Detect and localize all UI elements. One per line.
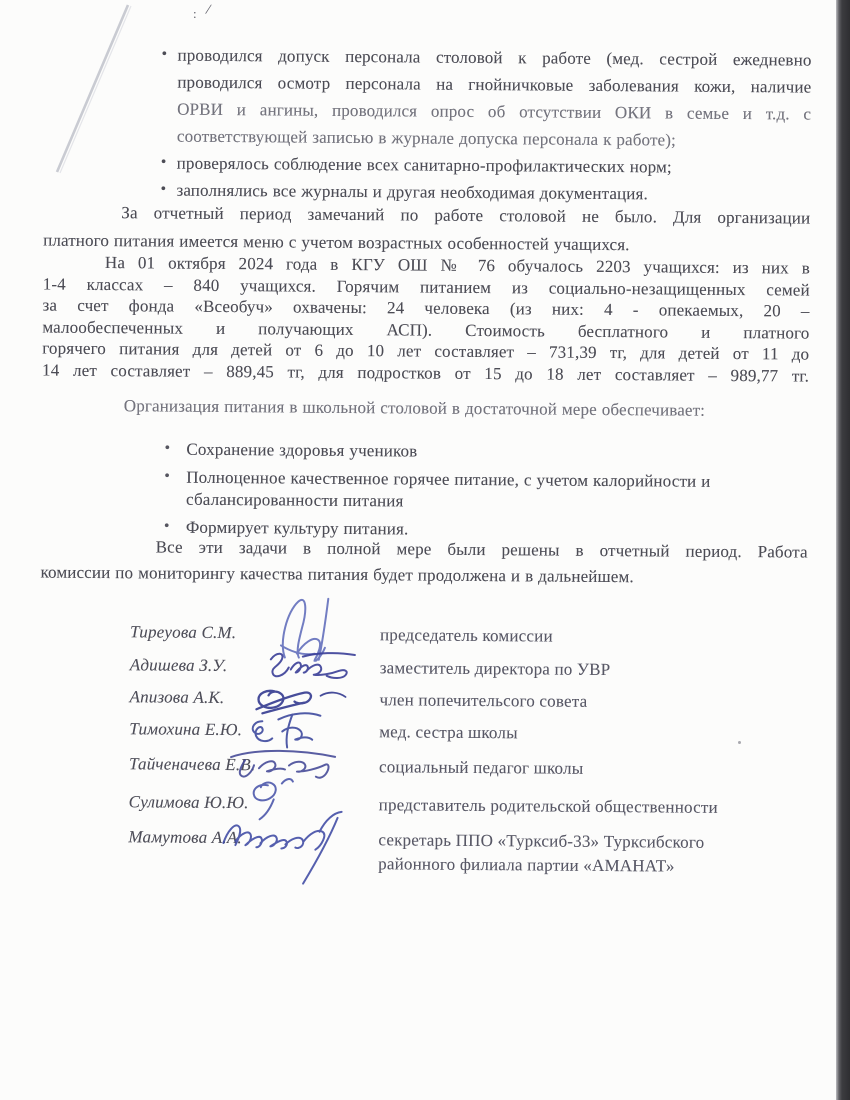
signatory-name: Адишева З.У. — [130, 654, 228, 677]
document-content: проводился допуск персонала столовой к р… — [0, 0, 850, 1100]
signatory-name: Тимохина Е.Ю. — [129, 718, 242, 741]
signature-row: Апизова А.К. член попечительсого совета — [0, 685, 845, 692]
signature-ink-adisheva — [261, 647, 366, 688]
signature-row: Тиреуова С.М. председатель комиссии — [0, 620, 845, 627]
signatory-title: заместитель директора по УВР — [380, 656, 611, 682]
signatory-title: районного филиала партии «АМАНАТ» — [378, 852, 675, 878]
signature-ink-tireuova — [273, 595, 349, 662]
signature-ink-timokhina — [244, 709, 334, 752]
scanned-document-page: : / проводился допуск персонала столовой… — [0, 0, 850, 1100]
signatory-title: председатель комиссии — [380, 623, 553, 648]
signature-row: Сулимова Ю.Ю. представитель родительской… — [0, 790, 844, 797]
signature-row: Тайченачева Е.В. социальный педагог школ… — [0, 752, 844, 759]
signature-ink-sulimova — [244, 775, 309, 822]
signatory-name: Апизова А.К. — [129, 686, 224, 709]
signatory-name: Тиреуова С.М. — [130, 621, 236, 644]
signature-row: Адишева З.У. заместитель директора по УВ… — [0, 653, 845, 660]
signatory-name: Сулимова Ю.Ю. — [129, 791, 249, 814]
signature-row: Тимохина Е.Ю. мед. сестра школы — [0, 717, 844, 724]
signature-row: Мамутова А.А. секретарь ППО «Турксиб-33»… — [0, 825, 843, 832]
signature-ink-apizova — [250, 683, 355, 716]
signatory-title: социальный педагог школы — [379, 755, 584, 781]
signatory-name: Мамутова А.А. — [128, 826, 242, 849]
signatory-title: член попечительсого совета — [379, 688, 587, 714]
signature-block: Тиреуова С.М. председатель комиссии Адиш… — [0, 0, 850, 1100]
signatory-title: представитель родительской общественност… — [379, 793, 718, 820]
signatory-name: Тайченачева Е.В. — [129, 753, 256, 776]
signatory-title: мед. сестра школы — [379, 720, 518, 745]
scan-edge-strip — [836, 0, 850, 1100]
signatory-title: секретарь ППО «Турксиб-33» Турксибского — [378, 828, 704, 855]
